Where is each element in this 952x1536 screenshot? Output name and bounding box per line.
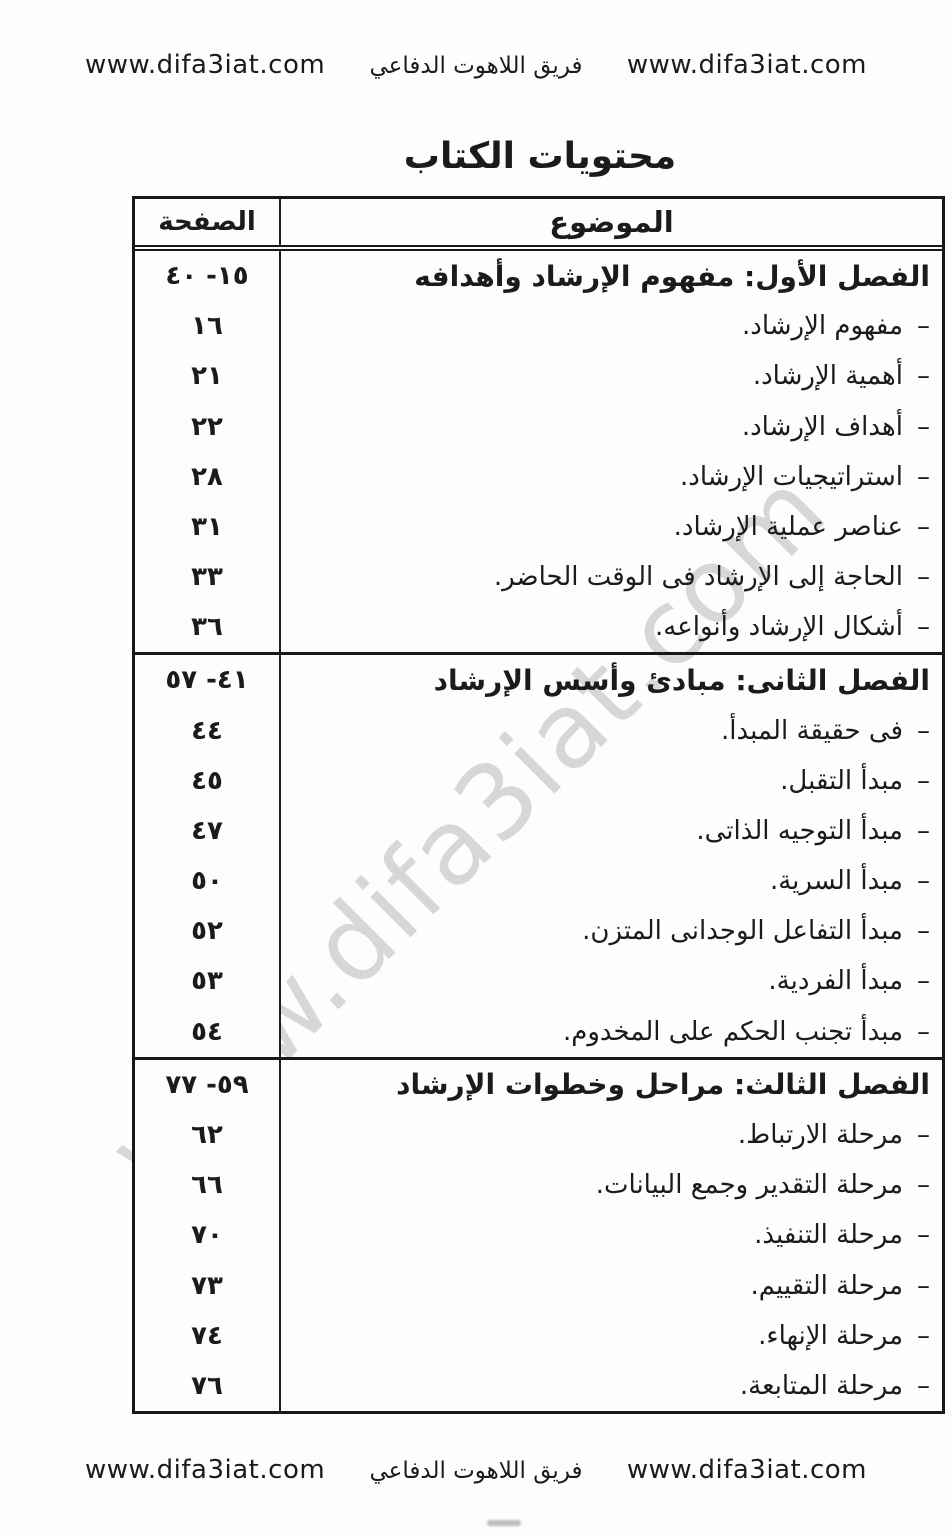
item-page-cell: ٤٤ bbox=[135, 706, 279, 756]
item-dash: – bbox=[917, 816, 930, 846]
chapter-page-range: ٥٩- ٧٧ bbox=[165, 1070, 248, 1100]
item-page-cell: ٤٧ bbox=[135, 806, 279, 856]
item-page-cell: ٥٢ bbox=[135, 906, 279, 956]
item-page: ٥٠ bbox=[191, 866, 223, 896]
item-page-cell: ٦٢ bbox=[135, 1110, 279, 1160]
toc-item-row: – مرحلة التقييم. ٧٣ bbox=[135, 1260, 942, 1310]
chapter-page-range-cell: ٤١- ٥٧ bbox=[135, 655, 279, 705]
toc-item-row: – مرحلة المتابعة. ٧٦ bbox=[135, 1361, 942, 1411]
item-topic-cell: – استراتيجيات الإرشاد. bbox=[279, 452, 942, 502]
item-topic-cell: – مرحلة التقدير وجمع البيانات. bbox=[279, 1160, 942, 1210]
item-topic-cell: – مرحلة التنفيذ. bbox=[279, 1210, 942, 1260]
header-url-left: www.difa3iat.com bbox=[85, 50, 325, 80]
item-page: ٢٢ bbox=[191, 412, 223, 442]
item-topic-cell: – مفهوم الإرشاد. bbox=[279, 301, 942, 351]
item-dash: – bbox=[917, 716, 930, 746]
chapter-title: الفصل الثانى: مبادئ وأسس الإرشاد bbox=[434, 664, 930, 697]
toc-item-row: – استراتيجيات الإرشاد. ٢٨ bbox=[135, 452, 942, 502]
item-page: ٣٦ bbox=[191, 612, 223, 642]
item-page-cell: ٣١ bbox=[135, 502, 279, 552]
item-dash: – bbox=[917, 866, 930, 896]
header-team-name: فريق اللاهوت الدفاعي bbox=[369, 53, 582, 79]
footer-url-right: www.difa3iat.com bbox=[627, 1455, 867, 1485]
item-topic-cell: – مبدأ السرية. bbox=[279, 856, 942, 906]
item-topic: مفهوم الإرشاد. bbox=[742, 311, 903, 341]
toc-item-row: – أهداف الإرشاد. ٢٢ bbox=[135, 402, 942, 452]
chapter-title-cell: الفصل الأول: مفهوم الإرشاد وأهدافه bbox=[279, 251, 942, 301]
toc-item-row: – مبدأ السرية. ٥٠ bbox=[135, 856, 942, 906]
toc-item-row: – مبدأ الفردية. ٥٣ bbox=[135, 956, 942, 1006]
item-topic: أهداف الإرشاد. bbox=[742, 412, 903, 442]
item-topic-cell: – مرحلة الإنهاء. bbox=[279, 1311, 942, 1361]
footer-team-name: فريق اللاهوت الدفاعي bbox=[369, 1458, 582, 1484]
page-title: محتويات الكتاب bbox=[64, 136, 952, 177]
chapter-title-cell: الفصل الثالث: مراحل وخطوات الإرشاد bbox=[279, 1060, 942, 1110]
toc-item-row: – عناصر عملية الإرشاد. ٣١ bbox=[135, 502, 942, 552]
item-topic: أشكال الإرشاد وأنواعه. bbox=[655, 612, 903, 642]
column-header-page: الصفحة bbox=[135, 199, 279, 245]
toc-item-row: – مرحلة الارتباط. ٦٢ bbox=[135, 1110, 942, 1160]
item-dash: – bbox=[917, 462, 930, 492]
toc-item-row: – أهمية الإرشاد. ٢١ bbox=[135, 351, 942, 401]
item-topic: مبدأ تجنب الحكم على المخدوم. bbox=[563, 1017, 903, 1047]
item-page: ٦٢ bbox=[191, 1120, 223, 1150]
item-dash: – bbox=[917, 1371, 930, 1401]
toc-item-row: – مفهوم الإرشاد. ١٦ bbox=[135, 301, 942, 351]
item-page-cell: ٧٣ bbox=[135, 1260, 279, 1310]
item-topic-cell: – أشكال الإرشاد وأنواعه. bbox=[279, 602, 942, 652]
item-page: ٤٧ bbox=[191, 816, 223, 846]
scan-artifact bbox=[487, 1520, 521, 1526]
item-page-cell: ٥٣ bbox=[135, 956, 279, 1006]
chapter-row: الفصل الثانى: مبادئ وأسس الإرشاد ٤١- ٥٧ bbox=[135, 652, 942, 705]
toc-item-row: – أشكال الإرشاد وأنواعه. ٣٦ bbox=[135, 602, 942, 652]
item-page-cell: ٧٠ bbox=[135, 1210, 279, 1260]
item-page-cell: ٥٤ bbox=[135, 1007, 279, 1057]
item-page: ٣٣ bbox=[191, 562, 223, 592]
item-page: ٧٦ bbox=[191, 1371, 223, 1401]
item-page-cell: ٢٢ bbox=[135, 402, 279, 452]
item-page: ٦٦ bbox=[191, 1170, 223, 1200]
page-footer: www.difa3iat.com فريق اللاهوت الدفاعي ww… bbox=[0, 1455, 952, 1485]
item-page: ٢١ bbox=[191, 361, 223, 391]
item-page-cell: ٦٦ bbox=[135, 1160, 279, 1210]
item-topic-cell: – مرحلة التقييم. bbox=[279, 1260, 942, 1310]
item-page-cell: ١٦ bbox=[135, 301, 279, 351]
header-url-right: www.difa3iat.com bbox=[627, 50, 867, 80]
chapter-title: الفصل الأول: مفهوم الإرشاد وأهدافه bbox=[414, 260, 930, 293]
item-page: ٥٣ bbox=[191, 966, 223, 996]
item-page: ٤٥ bbox=[191, 766, 223, 796]
chapter-page-range-cell: ٥٩- ٧٧ bbox=[135, 1060, 279, 1110]
item-topic: عناصر عملية الإرشاد. bbox=[674, 512, 903, 542]
item-dash: – bbox=[917, 766, 930, 796]
item-topic: أهمية الإرشاد. bbox=[753, 361, 903, 391]
item-topic-cell: – مبدأ التفاعل الوجدانى المتزن. bbox=[279, 906, 942, 956]
item-page: ٧٤ bbox=[191, 1321, 223, 1351]
item-dash: – bbox=[917, 1170, 930, 1200]
toc-item-row: – مرحلة الإنهاء. ٧٤ bbox=[135, 1311, 942, 1361]
toc-item-row: – مبدأ التقبل. ٤٥ bbox=[135, 756, 942, 806]
item-page-cell: ٢٨ bbox=[135, 452, 279, 502]
toc-item-row: – فى حقيقة المبدأ. ٤٤ bbox=[135, 706, 942, 756]
item-topic-cell: – مبدأ التقبل. bbox=[279, 756, 942, 806]
item-dash: – bbox=[917, 1220, 930, 1250]
item-page: ٤٤ bbox=[191, 716, 223, 746]
item-topic: مبدأ التوجيه الذاتى. bbox=[696, 816, 903, 846]
item-topic-cell: – مرحلة المتابعة. bbox=[279, 1361, 942, 1411]
item-topic: الحاجة إلى الإرشاد فى الوقت الحاضر. bbox=[494, 562, 903, 592]
chapter-page-range: ٤١- ٥٧ bbox=[165, 665, 248, 695]
item-dash: – bbox=[917, 412, 930, 442]
item-topic-cell: – مبدأ تجنب الحكم على المخدوم. bbox=[279, 1007, 942, 1057]
item-topic: مبدأ الفردية. bbox=[768, 966, 903, 996]
toc-item-row: – مبدأ تجنب الحكم على المخدوم. ٥٤ bbox=[135, 1007, 942, 1057]
item-topic: مرحلة الارتباط. bbox=[738, 1120, 903, 1150]
item-page-cell: ٣٦ bbox=[135, 602, 279, 652]
item-topic-cell: – فى حقيقة المبدأ. bbox=[279, 706, 942, 756]
item-topic: مبدأ السرية. bbox=[770, 866, 903, 896]
table-header-row: الموضوع الصفحة bbox=[135, 199, 942, 251]
column-header-topic: الموضوع bbox=[279, 199, 942, 245]
page-header: www.difa3iat.com فريق اللاهوت الدفاعي ww… bbox=[0, 50, 952, 80]
chapter-row: الفصل الثالث: مراحل وخطوات الإرشاد ٥٩- ٧… bbox=[135, 1057, 942, 1110]
item-page: ٥٢ bbox=[191, 916, 223, 946]
item-page: ٣١ bbox=[191, 512, 223, 542]
footer-url-left: www.difa3iat.com bbox=[85, 1455, 325, 1485]
item-page-cell: ٣٣ bbox=[135, 552, 279, 602]
item-topic: فى حقيقة المبدأ. bbox=[721, 716, 903, 746]
item-dash: – bbox=[917, 562, 930, 592]
item-dash: – bbox=[917, 1321, 930, 1351]
item-topic-cell: – مرحلة الارتباط. bbox=[279, 1110, 942, 1160]
item-topic-cell: – عناصر عملية الإرشاد. bbox=[279, 502, 942, 552]
item-topic: مرحلة الإنهاء. bbox=[758, 1321, 903, 1351]
item-page-cell: ٧٤ bbox=[135, 1311, 279, 1361]
item-dash: – bbox=[917, 916, 930, 946]
item-topic-cell: – مبدأ التوجيه الذاتى. bbox=[279, 806, 942, 856]
item-topic: مرحلة التنفيذ. bbox=[754, 1220, 903, 1250]
item-dash: – bbox=[917, 512, 930, 542]
item-topic: استراتيجيات الإرشاد. bbox=[680, 462, 903, 492]
item-topic-cell: – أهداف الإرشاد. bbox=[279, 402, 942, 452]
item-dash: – bbox=[917, 1120, 930, 1150]
chapter-title-cell: الفصل الثانى: مبادئ وأسس الإرشاد bbox=[279, 655, 942, 705]
item-page-cell: ٥٠ bbox=[135, 856, 279, 906]
chapter-page-range-cell: ١٥- ٤٠ bbox=[135, 251, 279, 301]
toc-item-row: – مبدأ التفاعل الوجدانى المتزن. ٥٢ bbox=[135, 906, 942, 956]
item-page-cell: ٤٥ bbox=[135, 756, 279, 806]
item-dash: – bbox=[917, 966, 930, 996]
item-dash: – bbox=[917, 361, 930, 391]
contents-table: الموضوع الصفحة الفصل الأول: مفهوم الإرشا… bbox=[132, 196, 945, 1414]
item-dash: – bbox=[917, 612, 930, 642]
item-page-cell: ٧٦ bbox=[135, 1361, 279, 1411]
toc-item-row: – مبدأ التوجيه الذاتى. ٤٧ bbox=[135, 806, 942, 856]
item-topic: مبدأ التقبل. bbox=[780, 766, 903, 796]
item-page: ١٦ bbox=[191, 311, 223, 341]
chapter-row: الفصل الأول: مفهوم الإرشاد وأهدافه ١٥- ٤… bbox=[135, 251, 942, 301]
document-page: www.difa3iat.com www.difa3iat.com فريق ا… bbox=[0, 0, 952, 1536]
item-page: ٢٨ bbox=[191, 462, 223, 492]
toc-item-row: – مرحلة التنفيذ. ٧٠ bbox=[135, 1210, 942, 1260]
item-topic-cell: – مبدأ الفردية. bbox=[279, 956, 942, 1006]
item-page: ٥٤ bbox=[191, 1017, 223, 1047]
toc-item-row: – الحاجة إلى الإرشاد فى الوقت الحاضر. ٣٣ bbox=[135, 552, 942, 602]
item-dash: – bbox=[917, 1271, 930, 1301]
item-page-cell: ٢١ bbox=[135, 351, 279, 401]
item-topic: مرحلة المتابعة. bbox=[740, 1371, 903, 1401]
item-topic: مرحلة التقدير وجمع البيانات. bbox=[596, 1170, 903, 1200]
item-topic: مبدأ التفاعل الوجدانى المتزن. bbox=[582, 916, 903, 946]
item-page: ٧٣ bbox=[191, 1271, 223, 1301]
item-topic-cell: – الحاجة إلى الإرشاد فى الوقت الحاضر. bbox=[279, 552, 942, 602]
chapter-page-range: ١٥- ٤٠ bbox=[165, 261, 248, 291]
chapter-title: الفصل الثالث: مراحل وخطوات الإرشاد bbox=[396, 1068, 930, 1101]
item-topic: مرحلة التقييم. bbox=[750, 1271, 903, 1301]
item-topic-cell: – أهمية الإرشاد. bbox=[279, 351, 942, 401]
toc-item-row: – مرحلة التقدير وجمع البيانات. ٦٦ bbox=[135, 1160, 942, 1210]
item-page: ٧٠ bbox=[191, 1220, 223, 1250]
item-dash: – bbox=[917, 311, 930, 341]
item-dash: – bbox=[917, 1017, 930, 1047]
